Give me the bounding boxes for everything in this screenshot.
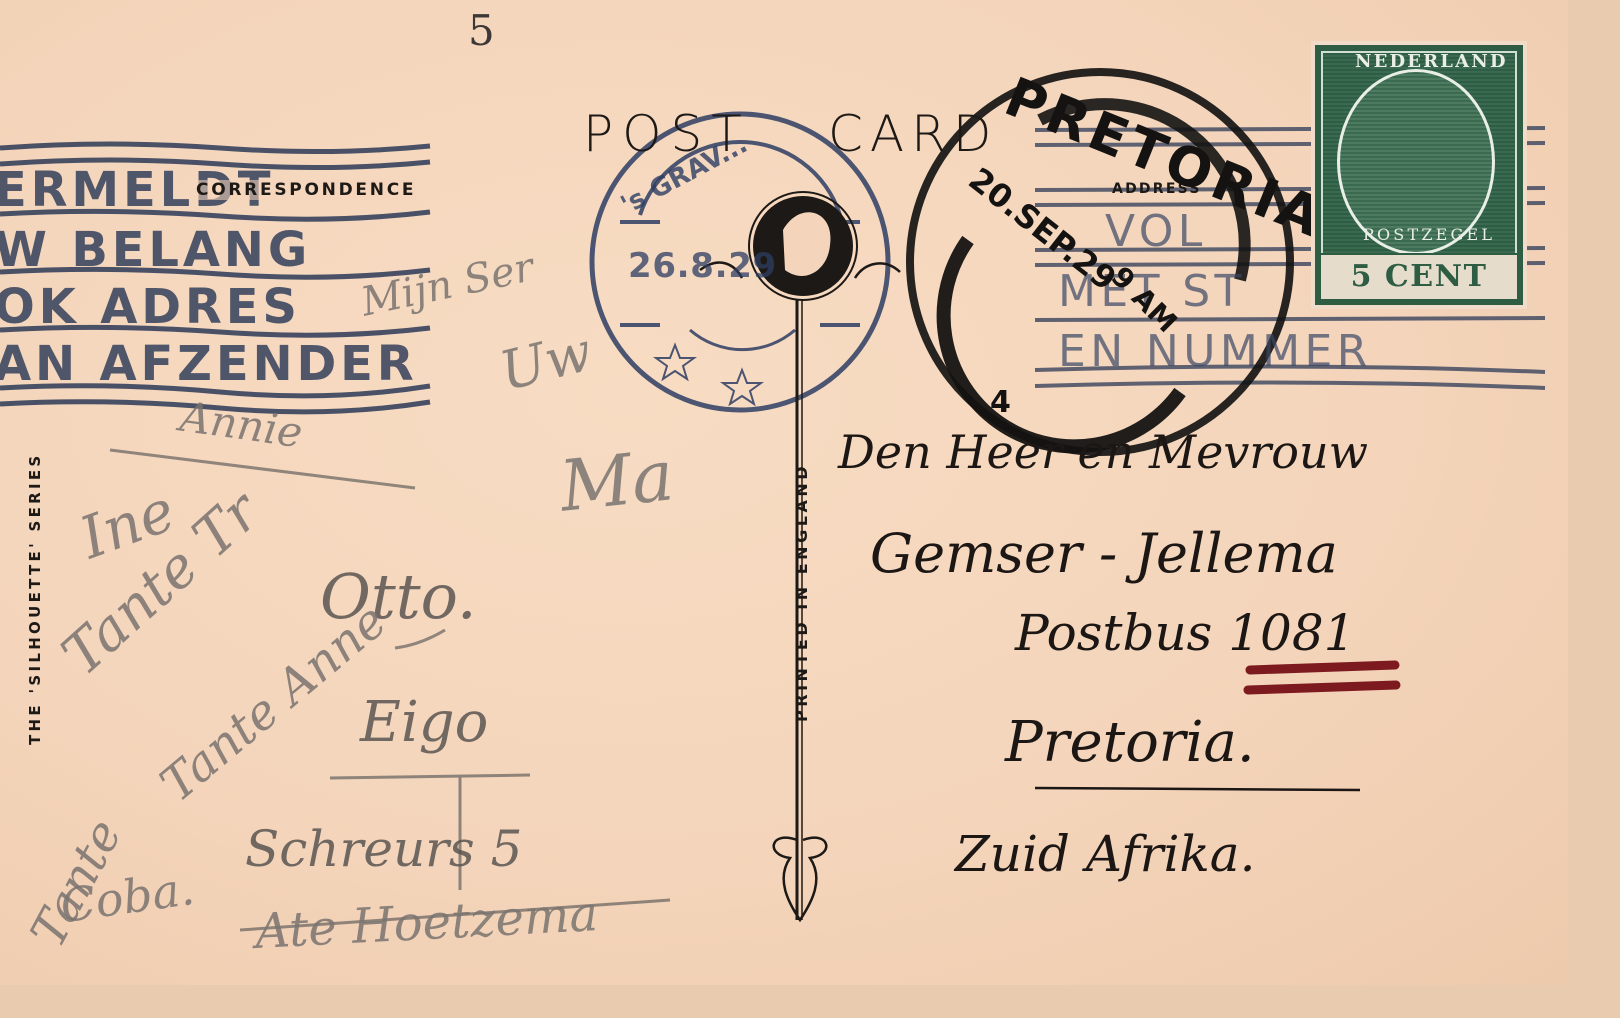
card-heading: CARD — [828, 105, 998, 163]
arrival-postmark-code: 4 — [990, 385, 1011, 420]
address-line-4: Pretoria. — [1005, 710, 1255, 775]
origin-postmark-date: 26.8.29 — [628, 246, 777, 286]
postcard-back: 5 ERMELDT W BELANG OK ADRES AN AFZENDER … — [0, 0, 1568, 985]
correspondence-label: CORRESPONDENCE — [196, 180, 416, 200]
pretoria-underline — [1035, 788, 1360, 790]
pencil-note: Schreurs 5 — [245, 820, 522, 878]
printer-label: PRINTED IN ENGLAND — [792, 463, 811, 722]
stamp-value: 5 CENT — [1321, 253, 1517, 299]
address-line-5: Zuid Afrika. — [955, 825, 1255, 883]
series-label: THE 'SILHOUETTE' SERIES — [26, 452, 44, 745]
address-line-3: Postbus 1081 — [1015, 604, 1355, 662]
pencil-note: Eigo — [360, 690, 488, 755]
address-line-2: Gemser - Jellema — [870, 522, 1338, 585]
stamp-bottom-text: POSTZEGEL — [1363, 225, 1495, 244]
cancel-slogan-right-1: VOL — [1105, 210, 1207, 254]
cancel-slogan-line-2: W BELANG — [0, 226, 311, 274]
cancel-slogan-line-4: AN AFZENDER — [0, 340, 418, 388]
pencil-note: Ma — [556, 434, 677, 527]
postage-stamp: NEDERLAND POSTZEGEL 5 CENT — [1315, 45, 1523, 305]
stamp-country: NEDERLAND — [1355, 51, 1508, 72]
corner-number: 5 — [468, 6, 495, 55]
cancel-slogan-right-3: EN NUMMER — [1058, 330, 1372, 374]
cancel-slogan-line-3: OK ADRES — [0, 283, 301, 331]
address-line-1: Den Heer en Mevrouw — [838, 425, 1368, 479]
red-underline — [1248, 665, 1396, 690]
